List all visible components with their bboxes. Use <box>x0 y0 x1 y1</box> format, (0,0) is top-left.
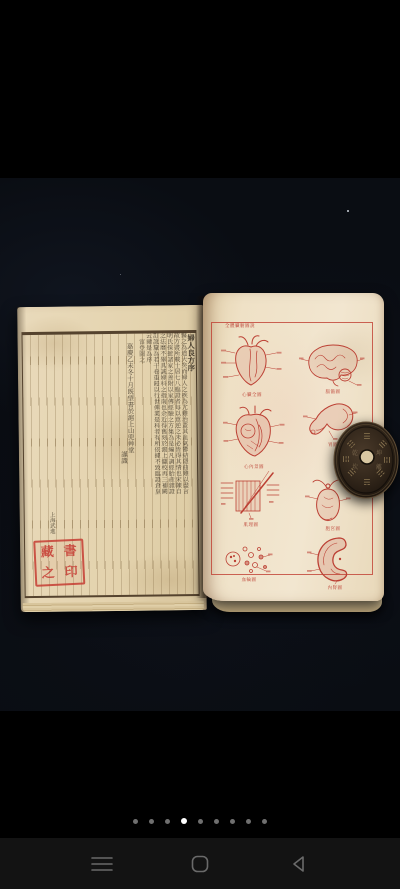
android-navbar <box>0 838 400 889</box>
figure-caption: 胞宮圖 <box>311 527 355 532</box>
collector-seal: 藏書之印 <box>33 538 85 586</box>
back-icon <box>291 855 305 873</box>
figure-caption: 血輪圖 <box>227 578 271 583</box>
figure-muscle-section <box>219 471 281 521</box>
carousel-dot-active[interactable] <box>181 818 187 824</box>
menu-icon <box>91 856 113 872</box>
home-icon <box>191 855 209 873</box>
charm-coin: ☰ ☱ ☲ ☳ ☴ ☵ ☶ ☷ 乾坤 坎離 <box>333 421 399 499</box>
figure-caption: 肌理圖 <box>229 523 273 528</box>
svg-text:離: 離 <box>376 463 382 471</box>
carousel-dot[interactable] <box>165 819 170 824</box>
carousel-dot[interactable] <box>198 819 203 824</box>
back-button[interactable] <box>284 850 312 878</box>
preface-text: 婦人良方序 醫之為道大矣而婦人之疾為尤難治蓋其血氣鬱結隱曲難以盡言 故方書所載十… <box>102 332 197 593</box>
menu-button[interactable] <box>88 850 116 878</box>
carousel-dot[interactable] <box>133 819 138 824</box>
plate-title: 全體臟腑圖說 <box>225 324 285 329</box>
svg-text:☰: ☰ <box>363 432 370 441</box>
carousel-dot[interactable] <box>230 819 235 824</box>
svg-text:坤: 坤 <box>376 449 382 457</box>
home-button[interactable] <box>186 850 214 878</box>
carousel-dots <box>133 818 267 824</box>
svg-text:坎: 坎 <box>352 463 358 471</box>
figure-kidney <box>307 533 357 585</box>
figure-caption: 內腎圖 <box>313 586 357 591</box>
figure-heart-open <box>223 401 285 463</box>
svg-text:☶: ☶ <box>342 455 351 462</box>
figure-heart-front <box>221 331 283 391</box>
screen: 婦人良方序 醫之為道大矣而婦人之疾為尤難治蓋其血氣鬱結隱曲難以盡言 故方書所載十… <box>0 0 400 889</box>
figure-caption: 腦髓圖 <box>311 390 355 395</box>
carousel-dot[interactable] <box>246 819 251 824</box>
carousel-dot[interactable] <box>262 819 267 824</box>
svg-text:☴: ☴ <box>363 478 370 487</box>
dust-speck <box>347 210 349 212</box>
seal-char: 印 <box>64 566 78 580</box>
carousel-dot[interactable] <box>149 819 154 824</box>
seal-char: 書 <box>63 545 77 559</box>
book-left-page: 婦人良方序 醫之為道大矣而婦人之疾為尤難治蓋其血氣鬱結隱曲難以盡言 故方書所載十… <box>17 305 207 612</box>
figure-caption: 心內景圖 <box>232 465 276 470</box>
product-photo[interactable]: 婦人良方序 醫之為道大矣而婦人之疾為尤難治蓋其血氣鬱結隱曲難以盡言 故方書所載十… <box>0 178 400 711</box>
marginal-note: 上海武進 <box>49 512 55 534</box>
figure-brain <box>299 339 365 387</box>
dust-speck <box>120 274 121 275</box>
seal-char: 藏 <box>40 546 54 560</box>
svg-text:☲: ☲ <box>382 456 391 463</box>
carousel-dot[interactable] <box>214 819 219 824</box>
figure-blood-cells <box>221 537 273 577</box>
svg-text:乾: 乾 <box>352 449 358 457</box>
seal-char: 之 <box>41 567 55 581</box>
figure-caption: 心臟全圖 <box>230 393 274 398</box>
